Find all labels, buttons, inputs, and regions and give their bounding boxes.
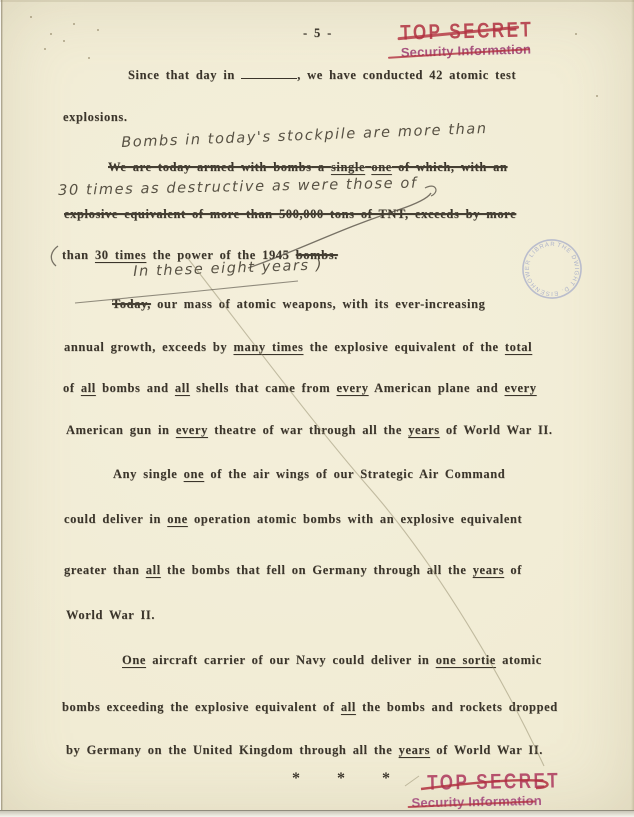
handwritten-stroke [425,186,436,196]
text-segment: the bombs that fell on Germany through a… [161,563,473,577]
paper-edge-left [0,0,4,817]
text-segment: the explosive equivalent of the [303,340,504,354]
library-stamp-text: THE DWIGHT D. EISENHOWER LIBRARY [509,226,586,301]
text-segment: theatre of war through all the [208,423,408,437]
underlined-word: every [336,381,368,395]
underlined-word: years [399,743,430,757]
struck-text: of which, with an [392,160,508,174]
page-number: - 5 - [303,26,332,41]
text-segment: bombs and [96,381,175,395]
struck-text: explosive equivalent of more than 500,00… [64,207,516,221]
text-segment: annual growth, exceeds by [64,340,233,354]
speckle [596,95,598,97]
underlined-word: One [122,653,146,667]
typed-line: Since that day in , we have conducted 42… [128,67,516,83]
speckle [88,57,90,59]
text-segment: of the air wings of our Strategic Air Co… [204,467,505,481]
speckle [575,33,577,35]
document-page: - 5 - TOP SECRET Security Information Si… [0,0,634,817]
handwritten-stroke [51,246,58,266]
text-segment: greater than [64,563,146,577]
text-segment: could deliver in [64,512,167,526]
text-segment: the bombs and rockets dropped [356,700,558,714]
speckle [30,16,32,18]
top-secret-text: TOP SECRET [427,769,560,796]
handwritten-annotation: 30 times as destructive as were those of [58,175,418,199]
handwritten-annotation: Bombs in today's stockpile are more than [121,121,488,151]
typed-line: World War II. [66,608,155,623]
underlined-word: years [408,423,439,437]
typed-line: Any single one of the air wings of our S… [113,467,505,482]
fill-in-blank [241,67,297,79]
speckle [44,48,46,50]
underlined-word: 30 times [95,248,146,262]
text-segment: American plane and [369,381,505,395]
text-segment: atomic [496,653,542,667]
struck-text: a [312,160,331,174]
typed-line: of all bombs and all shells that came fr… [63,381,537,396]
crease-line [186,256,544,766]
top-secret-stamp-top: TOP SECRET Security Information [400,18,534,60]
underlined-word: all [81,381,96,395]
speckle [50,33,52,35]
typed-line: One aircraft carrier of our Navy could d… [122,653,542,668]
text-segment: of [504,563,522,577]
text-segment: Any single [113,467,184,481]
typed-line: greater than all the bombs that fell on … [64,563,522,578]
speckle [63,40,65,42]
underlined-word: total [505,340,532,354]
underlined-word: one [184,467,205,481]
asterisk: * [292,770,300,788]
text-segment: Since that day in [128,68,241,82]
underlined-word: one sortie [436,653,496,667]
underlined-word: all [175,381,190,395]
paper-edge-bottom [0,810,634,817]
text-segment: shells that came from [190,381,337,395]
top-secret-stamp-bottom: TOP SECRET Security Information [427,769,561,810]
underlined-word: every [176,423,208,437]
typed-line: explosive equivalent of more than 500,00… [64,207,516,222]
underlined-word: single [331,160,365,174]
text-segment: of World War II. [430,743,543,757]
text-segment: of [63,381,81,395]
text-segment: American gun in [66,423,176,437]
asterisk-separator: * * * [292,770,390,788]
struck-text: We are today armed with bombs [108,160,312,174]
text-segment: World War II. [66,608,155,622]
typed-line: bombs exceeding the explosive equivalent… [62,700,558,715]
text-segment: explosions. [63,110,128,124]
typed-line: Today, our mass of atomic weapons, with … [112,297,485,312]
underlined-word: all [146,563,161,577]
text-segment: bombs exceeding the explosive equivalent… [62,700,341,714]
text-segment: by Germany on the United Kingdom through… [66,743,399,757]
underlined-word: years [473,563,504,577]
text-segment: aircraft carrier of our Navy could deliv… [146,653,436,667]
text-segment: than [62,248,95,262]
underlined-word: one [167,512,188,526]
underlined-word: every [505,381,537,395]
paper-edge-top [0,0,634,2]
typed-line: could deliver in one operation atomic bo… [64,512,522,527]
text-segment: , we have conducted 42 atomic test [297,68,516,82]
speckle [73,23,75,25]
typed-line: by Germany on the United Kingdom through… [66,743,543,758]
underlined-word: one [371,160,392,174]
typed-line: annual growth, exceeds by many times the… [64,340,532,355]
text-segment: of World War II. [440,423,553,437]
typed-line: We are today armed with bombs a single o… [108,160,508,175]
underlined-word: all [341,700,356,714]
text-segment: our mass of atomic weapons, with its eve… [151,297,486,311]
underlined-word: many times [233,340,303,354]
typed-line: American gun in every theatre of war thr… [66,423,553,438]
text-segment: operation atomic bombs with an explosive… [188,512,522,526]
speckle [97,29,99,31]
eisenhower-library-stamp: THE DWIGHT D. EISENHOWER LIBRARY [509,226,594,311]
asterisk: * [382,770,390,788]
asterisk: * [337,770,345,788]
svg-text:THE DWIGHT D. EISENHOWER LIBRA: THE DWIGHT D. EISENHOWER LIBRARY [509,226,586,301]
struck-text: Today, [112,297,151,311]
typed-line: explosions. [63,110,128,125]
